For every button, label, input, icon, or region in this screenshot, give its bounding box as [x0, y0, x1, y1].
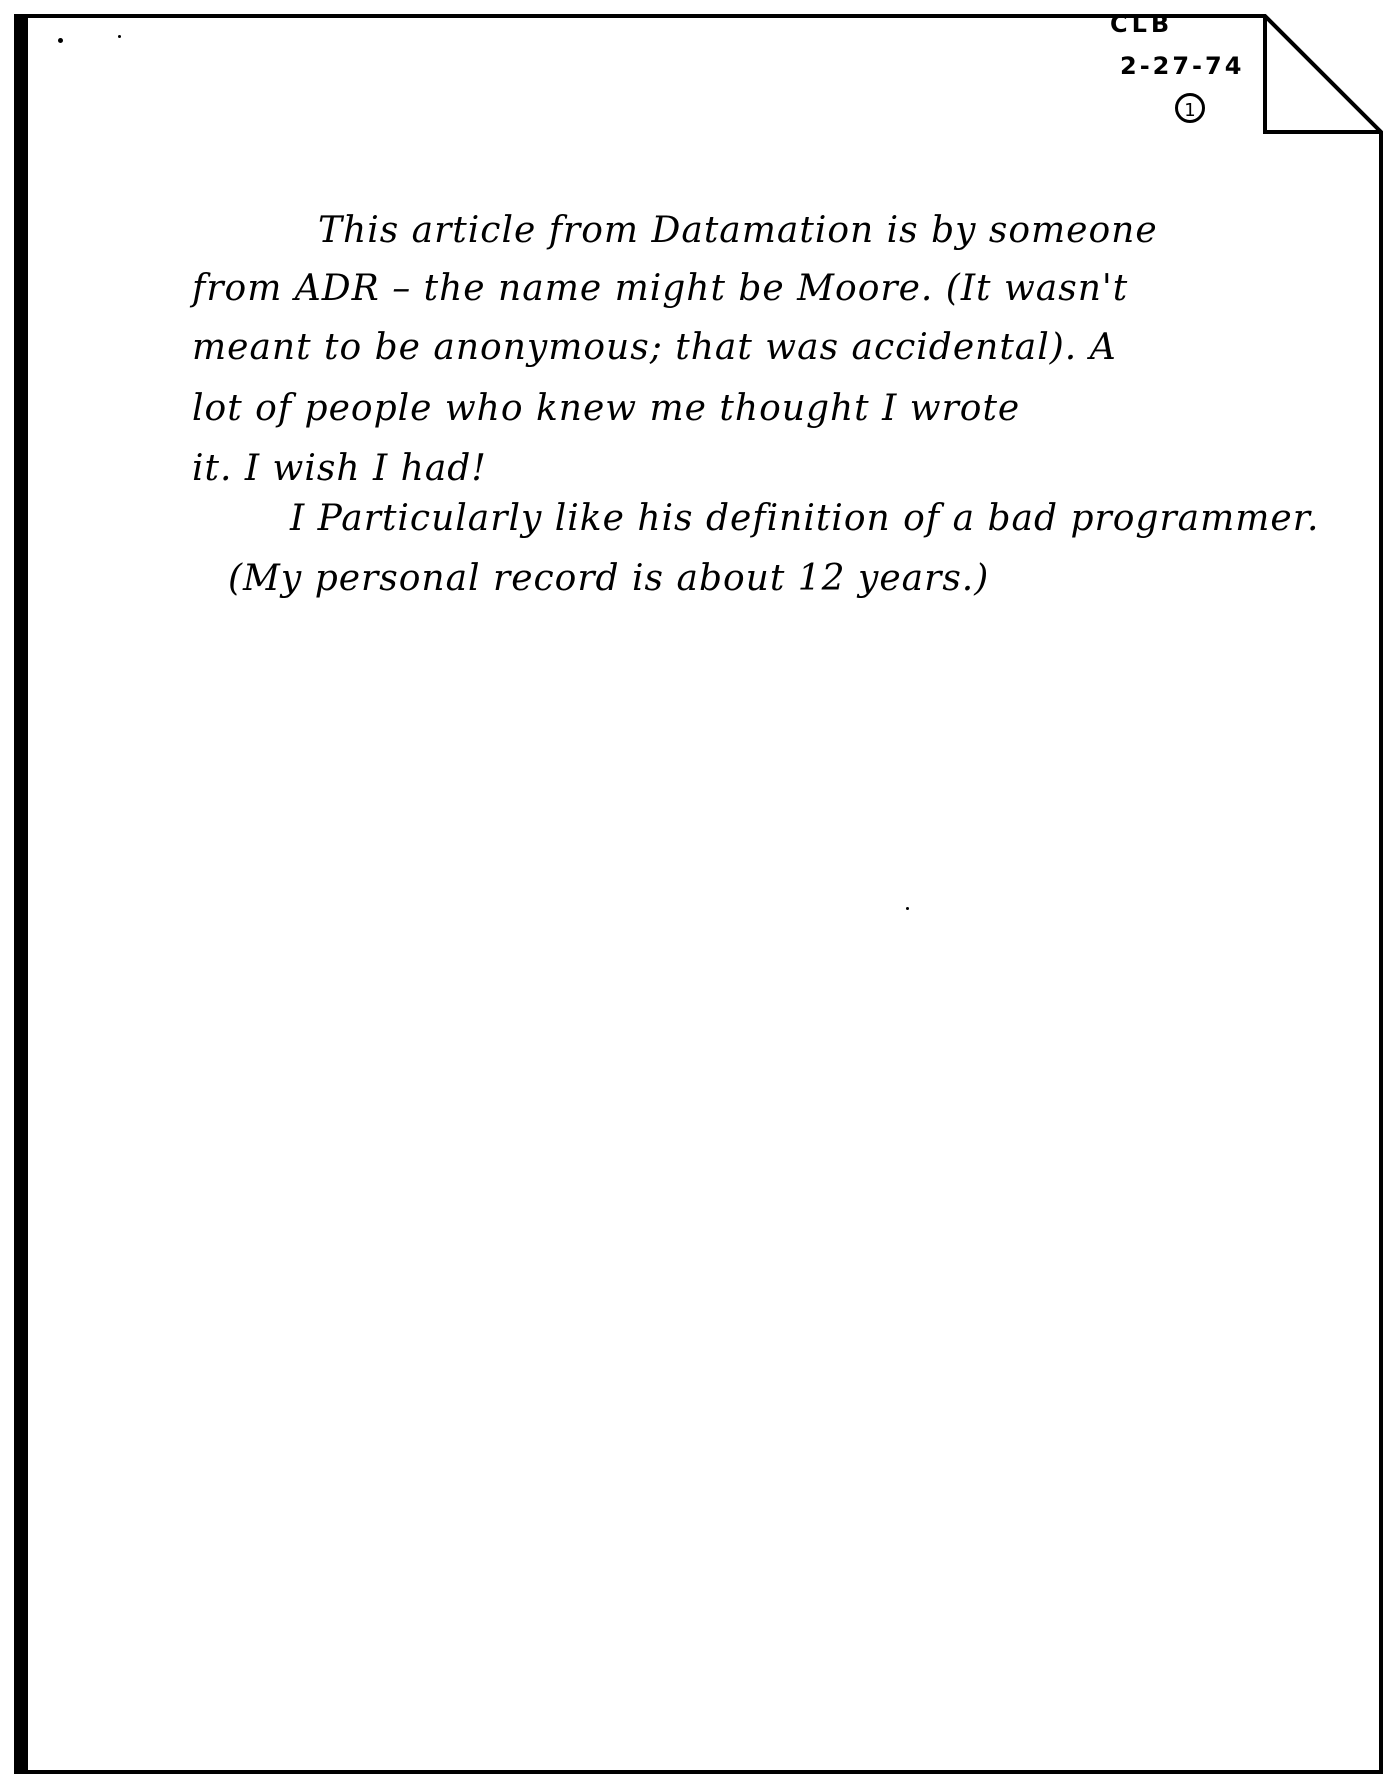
note-line-5: it. I wish I had!: [192, 448, 487, 489]
page-number-circle: 1: [1175, 93, 1205, 123]
note-date: 2-27-74: [1120, 52, 1244, 80]
note-line-4: lot of people who knew me thought I wrot…: [192, 388, 1020, 429]
page-left-edge: [18, 18, 28, 1771]
note-line-7: (My personal record is about 12 years.): [228, 558, 989, 599]
scan-speck: [906, 907, 909, 910]
scan-speck: [118, 35, 121, 38]
scan-speck: [58, 38, 63, 43]
note-line-2: from ADR – the name might be Moore. (It …: [192, 268, 1128, 309]
note-line-1: This article from Datamation is by someo…: [318, 210, 1158, 251]
note-line-3: meant to be anonymous; that was accident…: [192, 327, 1117, 368]
author-initials: CLB: [1110, 10, 1173, 38]
note-line-6: I Particularly like his definition of a …: [290, 498, 1319, 539]
